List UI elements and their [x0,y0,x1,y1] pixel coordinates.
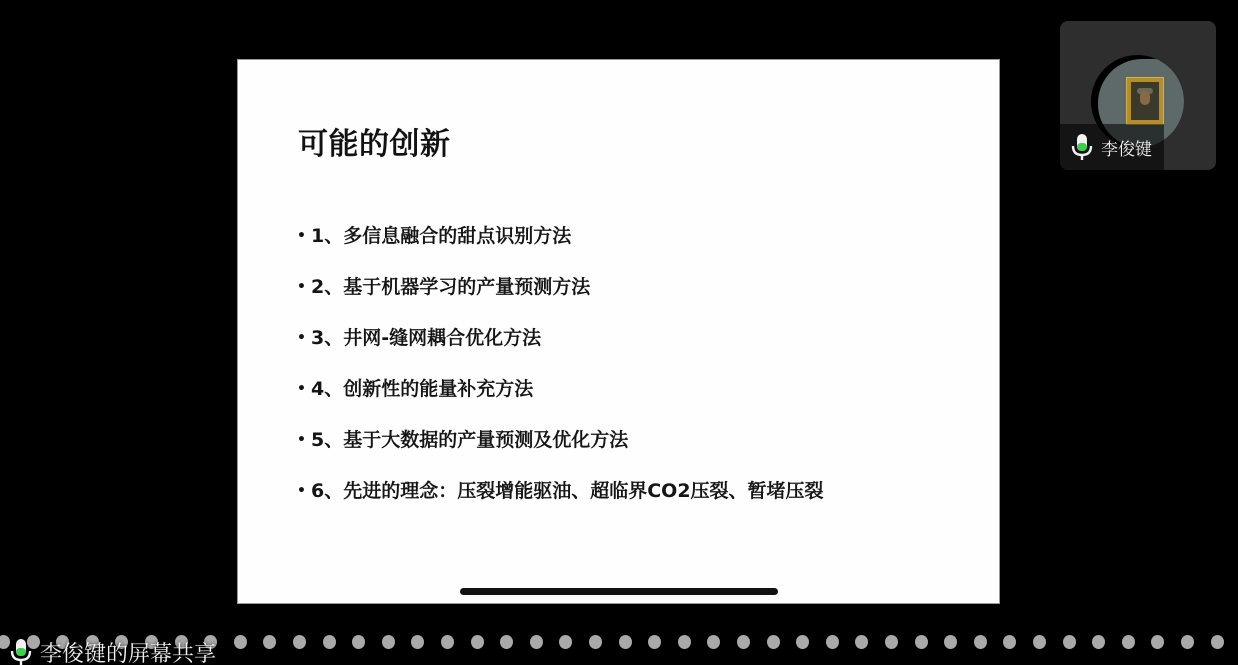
page-dot[interactable] [648,635,661,649]
bullet-icon: • [297,274,311,300]
page-dot[interactable] [471,635,484,649]
bullet-item: •1、多信息融合的甜点识别方法 [297,223,824,274]
page-dot[interactable] [944,635,957,649]
page-dot[interactable] [263,635,276,649]
page-dot[interactable] [885,635,898,649]
shared-slide: 可能的创新 •1、多信息融合的甜点识别方法 •2、基于机器学习的产量预测方法 •… [237,59,1000,604]
screen-share-text: 李俊键的屏幕共享 [40,637,216,665]
participant-name-bar: 李俊键 [1060,124,1164,170]
bullet-icon: • [297,325,311,351]
page-dot[interactable] [234,635,247,649]
page-dot[interactable] [1003,635,1016,649]
bullet-icon: • [297,427,311,453]
page-dot[interactable] [293,635,306,649]
microphone-icon [8,638,34,665]
screen-share-label: 李俊键的屏幕共享 [8,637,216,665]
bullet-item: •3、井网-缝网耦合优化方法 [297,325,824,376]
page-dot[interactable] [589,635,602,649]
page-dot[interactable] [411,635,424,649]
page-dot[interactable] [441,635,454,649]
participant-name: 李俊键 [1101,135,1152,160]
page-dot[interactable] [1151,635,1164,649]
page-dot[interactable] [1092,635,1105,649]
portrait-frame [1126,77,1164,125]
page-dot[interactable] [559,635,572,649]
slide-title: 可能的创新 [298,119,451,163]
participant-video-tile[interactable]: 李俊键 [1060,21,1216,170]
page-dot[interactable] [1211,635,1224,649]
page-dot[interactable] [855,635,868,649]
page-dot[interactable] [530,635,543,649]
bullet-item: •6、先进的理念：压裂增能驱油、超临界CO2压裂、暂堵压裂 [297,478,824,529]
page-dot[interactable] [1181,635,1194,649]
page-dot[interactable] [796,635,809,649]
page-dot[interactable] [826,635,839,649]
page-dot[interactable] [1033,635,1046,649]
bullet-icon: • [297,223,311,249]
page-dot[interactable] [352,635,365,649]
microphone-icon [1069,132,1095,162]
bullet-item: •2、基于机器学习的产量预测方法 [297,274,824,325]
page-dot[interactable] [707,635,720,649]
page-dot[interactable] [500,635,513,649]
page-dot[interactable] [1063,635,1076,649]
page-dot[interactable] [737,635,750,649]
page-dot[interactable] [382,635,395,649]
page-dot[interactable] [915,635,928,649]
page-dot[interactable] [619,635,632,649]
bullet-icon: • [297,478,311,504]
bullet-item: •4、创新性的能量补充方法 [297,376,824,427]
bullet-list: •1、多信息融合的甜点识别方法 •2、基于机器学习的产量预测方法 •3、井网-缝… [297,223,824,529]
page-dot[interactable] [1122,635,1135,649]
home-indicator-bar [460,588,778,595]
page-dot[interactable] [974,635,987,649]
page-dot[interactable] [767,635,780,649]
page-dot[interactable] [678,635,691,649]
bullet-icon: • [297,376,311,402]
bullet-item: •5、基于大数据的产量预测及优化方法 [297,427,824,478]
page-dot[interactable] [323,635,336,649]
